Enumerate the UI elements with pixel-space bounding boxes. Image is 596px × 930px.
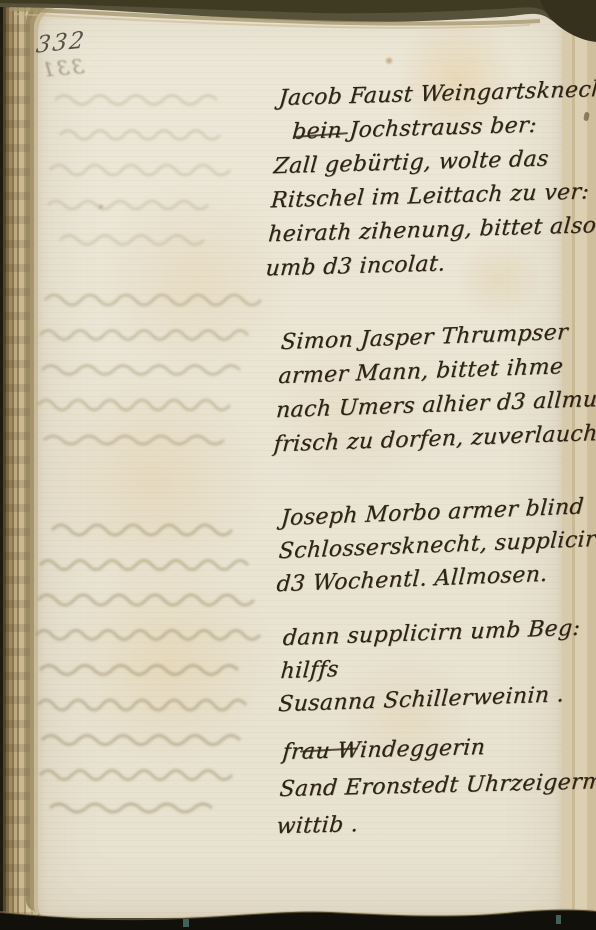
- entry-block-5: frau Windeggerin Sand Eronstedt Uhrzeige…: [275, 724, 596, 845]
- book-binding: [0, 0, 38, 930]
- entry-block-3: Joseph Morbo armer blind Schlossersknech…: [275, 487, 596, 601]
- ghost-folio-number: 331: [39, 54, 85, 82]
- manuscript-scan: 332 331 Jacob Faust Weingartsknecht bein…: [0, 0, 596, 930]
- entry-block-4: dann supplicirn umb Beg: hilffs Susanna …: [277, 612, 581, 722]
- entry-block-2: Simon Jasper Thrumpser armer Mann, bitte…: [272, 314, 596, 462]
- entry-block-1: Jacob Faust Weingartsknecht bein Jochstr…: [264, 73, 596, 287]
